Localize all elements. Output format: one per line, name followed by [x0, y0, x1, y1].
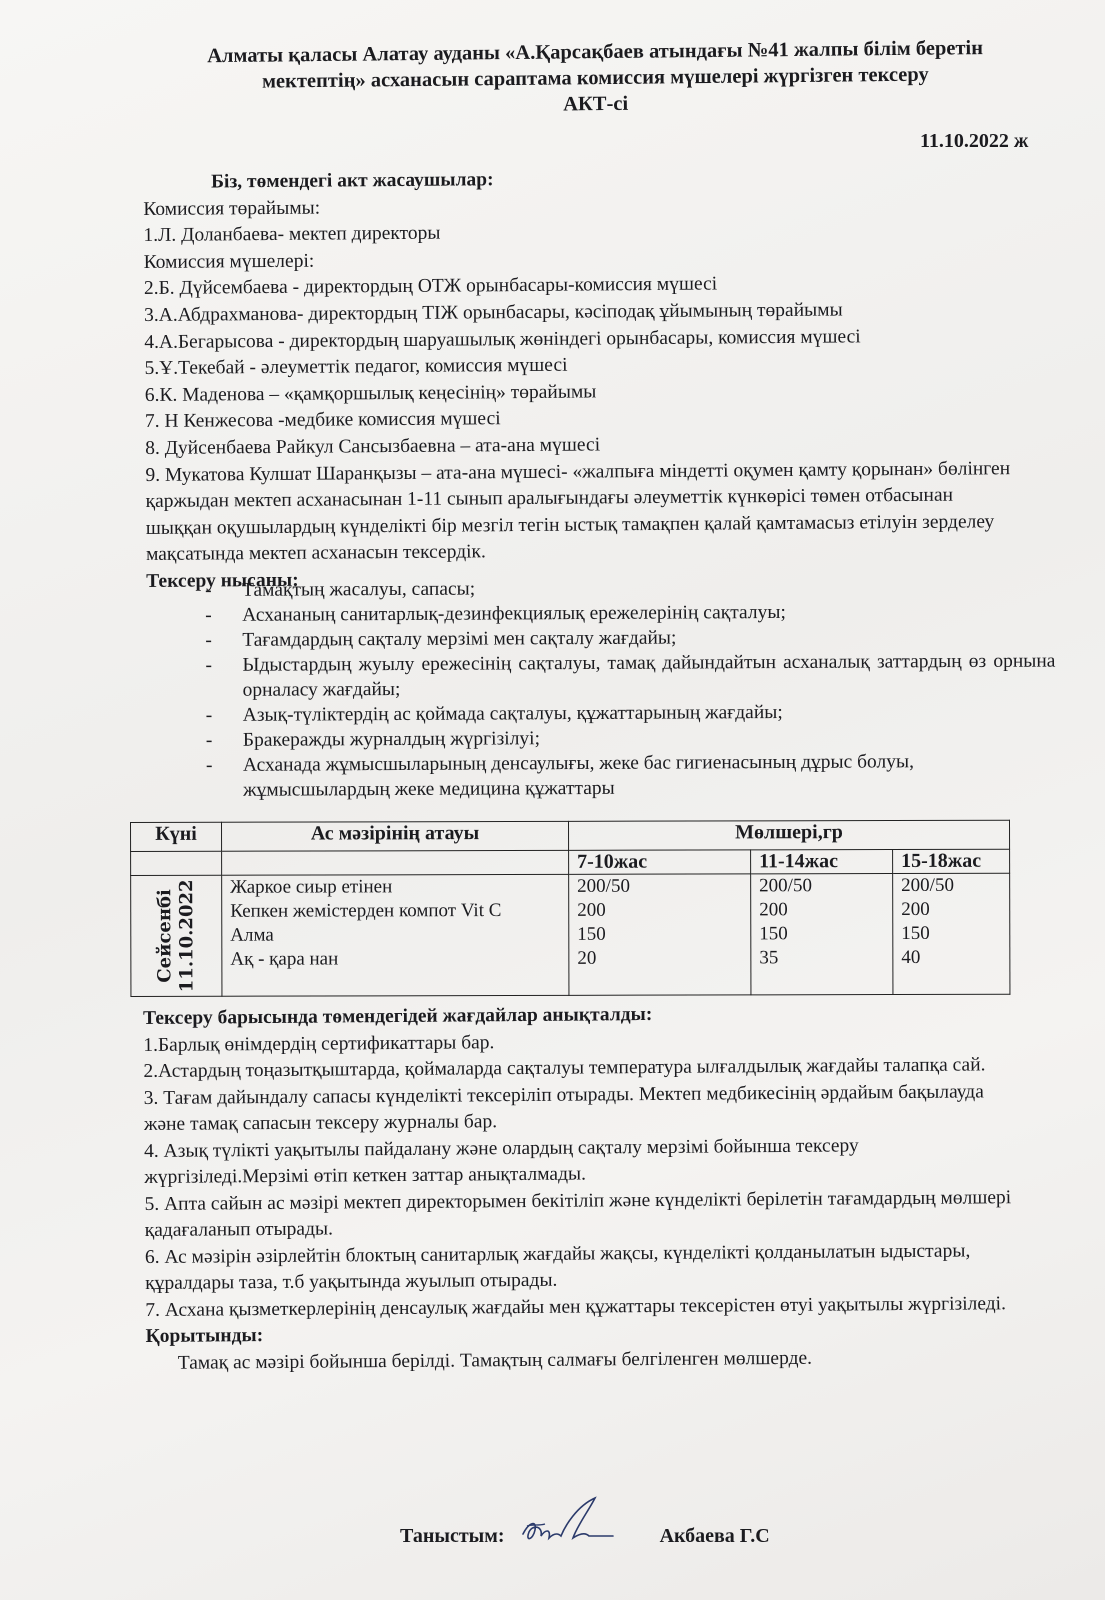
- age-group-header: 15-18жас: [893, 849, 1010, 873]
- dish-item: Кепкен жемістерден компот Vit C: [230, 899, 560, 924]
- amounts-7-10: 200/50 200 150 20: [569, 874, 751, 995]
- bullet-dash-icon: -: [205, 653, 242, 703]
- conclusion-text: Тамақ ас мәзірі бойынша берілді. Тамақты…: [146, 1344, 1026, 1377]
- header-amount: Мөлшері,гр: [568, 820, 1009, 850]
- table-subheader-row: 7-10жас 11-14жас 15-18жас: [131, 849, 1010, 875]
- dish-item: Ақ - қара нан: [230, 947, 560, 972]
- bullet-dash-icon: -: [206, 703, 243, 728]
- dish-item: Алма: [230, 923, 560, 948]
- finding-item: 5. Апта сайын ас мәзірі мектеп директоры…: [144, 1185, 1024, 1245]
- age-group-header: 11-14жас: [751, 850, 893, 874]
- menu-table: Күні Ас мәзірінің атауы Мөлшері,гр 7-10ж…: [130, 820, 1010, 997]
- bullet-dash-icon: -: [205, 628, 242, 653]
- empty-cell: [222, 850, 569, 875]
- day-cell: Сейсенбі 11.10.2022: [131, 875, 222, 996]
- member-9-paragraph: 9. Мукатова Кулшат Шаранқызы – ата-ана м…: [145, 456, 1016, 569]
- handwritten-signature-icon: [515, 1496, 615, 1556]
- day-label: Сейсенбі 11.10.2022: [154, 879, 198, 992]
- finding-item: 3. Тағам дайындалу сапасы күнделікті тек…: [144, 1079, 1024, 1139]
- dish-item: Жаркое сиыр етінен: [230, 875, 560, 900]
- header-dish: Ас мәзірінің атауы: [222, 821, 569, 851]
- amounts-11-14: 200/50 200 150 35: [751, 874, 893, 995]
- intro-section: Біз, төмендегі акт жасаушылар: Комиссия …: [143, 163, 1046, 596]
- bullet-dash-icon: -: [206, 728, 243, 753]
- findings-section: Тексеру барысында төмендегідей жағдайлар…: [143, 999, 1026, 1377]
- header-day: Күні: [131, 822, 222, 851]
- bullet-dash-icon: -: [205, 578, 242, 603]
- bullet-dash-icon: -: [206, 753, 243, 803]
- table-header-row: Күні Ас мәзірінің атауы Мөлшері,гр: [131, 820, 1010, 851]
- document-date: 11.10.2022 ж: [920, 130, 1028, 153]
- signatory-name: Акбаева Г.С: [660, 1525, 770, 1548]
- bullet-dash-icon: -: [205, 603, 242, 628]
- table-row: Сейсенбі 11.10.2022 Жаркое сиыр етінен К…: [131, 873, 1010, 996]
- finding-item: 6. Ас мәзірін әзірлейтін блоктың санитар…: [145, 1238, 1025, 1298]
- document-page: Алматы қаласы Алатау ауданы «А.Қарсақбае…: [0, 0, 1105, 1600]
- amounts-15-18: 200/50 200 150 40: [893, 873, 1010, 994]
- inspection-objects-list: -Тамақтың жасалуы, сапасы; -Асхананың са…: [205, 574, 1056, 803]
- dish-list: Жаркое сиыр етінен Кепкен жемістерден ко…: [222, 874, 569, 996]
- signature-label: Таныстым:: [400, 1525, 505, 1548]
- document-title: Алматы қаласы Алатау ауданы «А.Қарсақбае…: [130, 34, 1061, 122]
- finding-item: 4. Азық түлікті уақытылы пайдалану және …: [144, 1132, 1024, 1192]
- age-group-header: 7-10жас: [569, 850, 751, 874]
- list-item: -Асханада жұмысшыларының денсаулығы, жек…: [206, 749, 1056, 803]
- list-item: -Ыдыстардың жуылу ережесінің сақталуы, т…: [205, 649, 1055, 703]
- empty-cell: [131, 851, 222, 875]
- signature-row: Таныстым: Акбаева Г.С: [400, 1488, 770, 1548]
